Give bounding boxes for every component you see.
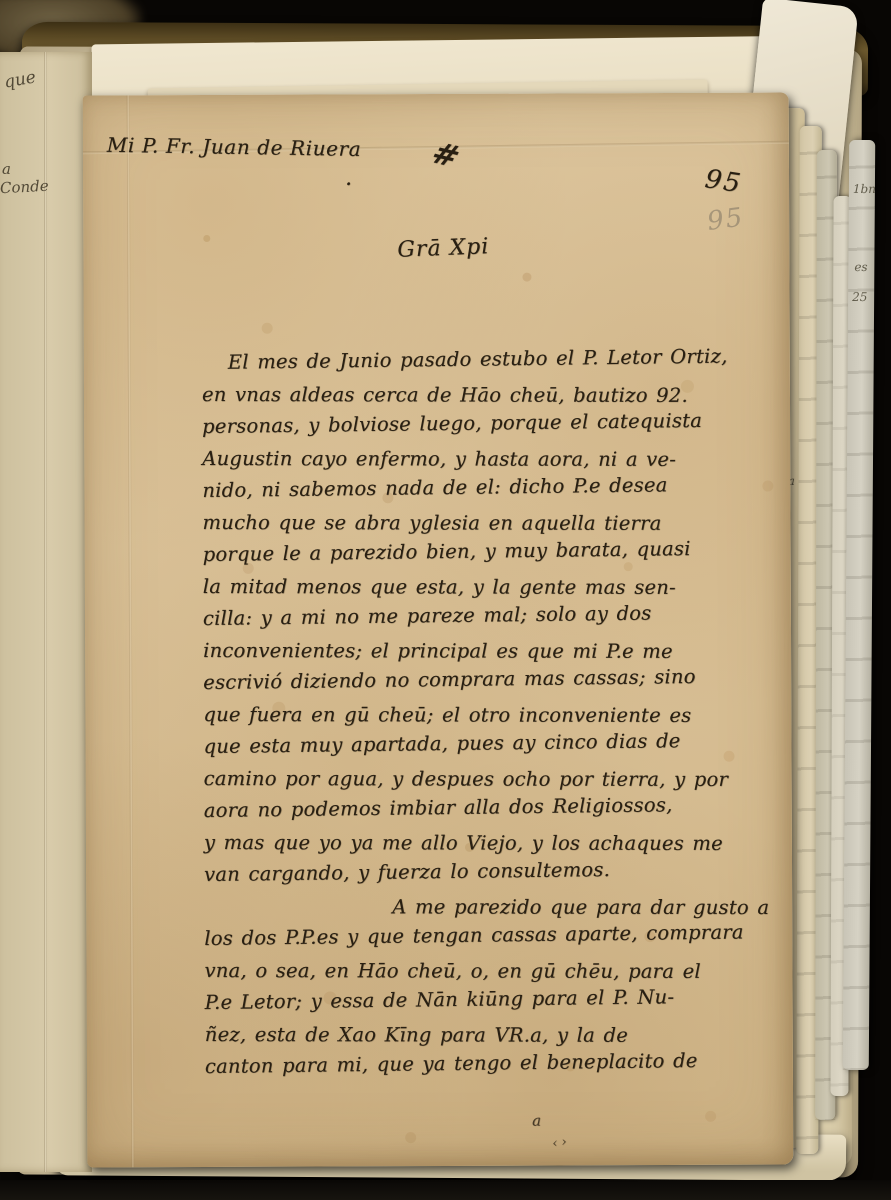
body-text: El mes de Junio pasado estubo el P. Leto… <box>202 345 783 1084</box>
page-number-pencil: 95 <box>705 203 746 237</box>
left-margin-fragment: Conde <box>0 177 49 198</box>
manuscript-page: Mi P. Fr. Juan de Riuera # · 95 95 Grā X… <box>83 92 794 1167</box>
manuscript-line: personas, y bolviose luego, porque el ca… <box>202 404 780 443</box>
edge-writing-fragments: 1bn es 25 <box>843 140 875 1070</box>
manuscript-line: van cargando, y fuerza lo consultemos. <box>204 852 782 891</box>
manuscript-line: aora no podemos imbiar alla dos Religios… <box>204 788 782 827</box>
manuscript-line: que esta muy apartada, pues ay cinco dia… <box>203 724 781 763</box>
left-margin-fragment: a <box>2 160 11 178</box>
page-number-ink: 95 <box>703 164 744 199</box>
fold-crease-vertical <box>127 95 135 1167</box>
underlying-page-left: que a Conde <box>0 52 92 1172</box>
edge-fragment: 1bn <box>853 182 875 196</box>
manuscript-line: los dos P.P.es y que tengan cassas apart… <box>204 916 782 955</box>
left-page-crease <box>44 52 47 1172</box>
stray-mark: a <box>532 1112 541 1130</box>
manuscript-scan: que a Conde go mira de or 34 1bn es 25 M… <box>0 0 891 1200</box>
manuscript-line: porque le a parezido bien, y muy barata,… <box>202 532 780 571</box>
scan-bottom-strip <box>0 1180 891 1200</box>
ink-dot: · <box>345 172 352 197</box>
manuscript-line: canton para mi, que ya tengo el beneplac… <box>205 1044 783 1083</box>
salutation: Grā Xpi <box>397 234 490 263</box>
edge-fragment: 25 <box>852 290 867 304</box>
manuscript-line: El mes de Junio pasado estubo el P. Leto… <box>202 340 780 379</box>
foxing-spots <box>203 235 210 242</box>
stray-tick-marks: ‹ › <box>551 1135 568 1152</box>
left-margin-fragment: que <box>3 67 38 92</box>
reference-hash-mark: # <box>426 136 466 174</box>
manuscript-line: cilla: y a mi no me pareze mal; solo ay … <box>203 596 781 635</box>
right-edge-strip: 1bn es 25 <box>843 140 875 1070</box>
manuscript-line: nido, ni sabemos nada de el: dicho P.e d… <box>202 468 780 507</box>
manuscript-line: P.e Letor; y essa de Nān kiūng para el P… <box>204 980 782 1019</box>
header-addressee: Mi P. Fr. Juan de Riuera <box>107 133 362 161</box>
edge-fragment: es <box>854 260 867 274</box>
manuscript-line: escrivió diziendo no comprara mas cassas… <box>203 660 781 699</box>
